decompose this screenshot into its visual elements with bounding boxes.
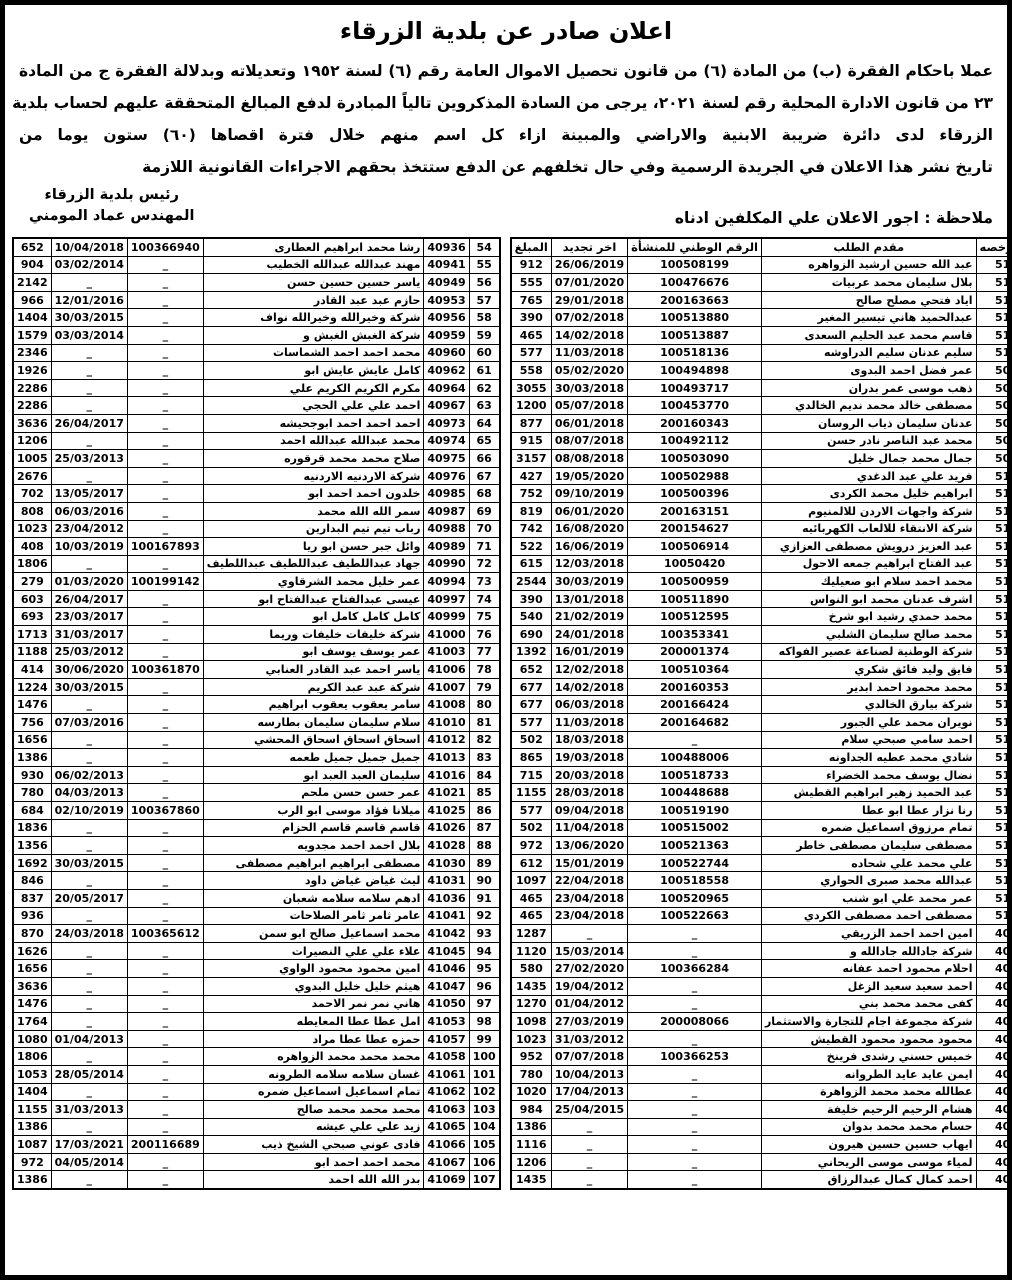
amount: 693 xyxy=(13,608,51,626)
applicant-name: قاسم محمد عبد الحليم السعدى xyxy=(761,326,976,344)
table-row: 5940959شركة الغبش الغبش و_03/03/20141579 xyxy=(13,326,500,344)
amount: 1023 xyxy=(13,520,51,538)
applicant-name: ايهاب حسين حسين هيرون xyxy=(761,1136,976,1154)
national-establishment-number: _ xyxy=(127,450,203,468)
table-row: 8741026قاسم قاسم قاسم الحزام__1836 xyxy=(13,819,500,837)
national-establishment-number: 100448688 xyxy=(628,784,762,802)
national-establishment-number: _ xyxy=(127,907,203,925)
table-row: 5440936رشا محمد ابراهيم العطارى100366940… xyxy=(13,238,500,256)
applicant-name: احلام محمود احمد عفانه xyxy=(761,960,976,978)
amount: 1386 xyxy=(511,1118,552,1136)
table-row: 3051714نضال يوسف محمد الخضراء10051873320… xyxy=(511,766,1012,784)
amount: 465 xyxy=(511,889,552,907)
national-establishment-number: 100511890 xyxy=(628,590,762,608)
national-establishment-number: _ xyxy=(127,326,203,344)
announcement-body-line-4: تاريخ نشر هذا الاعلان في الجريدة الرسمية… xyxy=(19,151,993,183)
amount: 408 xyxy=(13,538,51,556)
table-row: 8441016سليمان العبد العبد ابو_06/02/2013… xyxy=(13,766,500,784)
last-renewal-date: 08/08/2018 xyxy=(551,450,627,468)
applicant-name: عمر حسن حسن ملحم xyxy=(203,784,424,802)
row-number: 72 xyxy=(469,555,499,573)
table-row: 5840956شركة وخيرالله وخيرالله نواف_30/03… xyxy=(13,309,500,327)
applicant-name: شركة الغبش الغبش و xyxy=(203,326,424,344)
last-renewal-date: 17/04/2013 xyxy=(551,1083,627,1101)
table-row: 9541046امين محمود محمود الواوي__1656 xyxy=(13,960,500,978)
national-establishment-number: _ xyxy=(127,714,203,732)
applicant-name: ابراهيم خليل محمد الكردى xyxy=(761,485,976,503)
national-establishment-number: _ xyxy=(127,274,203,292)
last-renewal-date: 25/03/2013 xyxy=(51,450,127,468)
applicant-name: مصطفى ابراهيم ابراهيم مصطفى xyxy=(203,854,424,872)
national-establishment-number: _ xyxy=(127,590,203,608)
applicant-name: علاء علي علي النصيرات xyxy=(203,942,424,960)
table-row: 5340934احمد كمال كمال عبدالرزاق__1435 xyxy=(511,1171,1012,1189)
last-renewal-date: 12/01/2016 xyxy=(51,291,127,309)
national-establishment-number: _ xyxy=(127,1171,203,1189)
announcement-body-line-3: الزرقاء لدى دائرة ضريبة الابنية والاراضي… xyxy=(19,119,993,151)
national-establishment-number: 200001374 xyxy=(628,643,762,661)
license-number: 51236 xyxy=(976,256,1012,274)
row-number: 65 xyxy=(469,432,499,450)
announcement-header: اعلان صادر عن بلدية الزرقاء عملا باحكام … xyxy=(5,5,1007,227)
national-establishment-number: _ xyxy=(628,1083,762,1101)
last-renewal-date: 09/04/2018 xyxy=(551,802,627,820)
last-renewal-date: 19/05/2020 xyxy=(551,467,627,485)
license-number: 40973 xyxy=(424,414,469,432)
left-table-body: 5440936رشا محمد ابراهيم العطارى100366940… xyxy=(13,238,500,1189)
applicant-name: محمد احمد احمد ابو xyxy=(203,1153,424,1171)
amount: 1206 xyxy=(511,1153,552,1171)
row-number: 54 xyxy=(469,238,499,256)
amount: 837 xyxy=(13,889,51,907)
amount: 1435 xyxy=(511,1171,552,1189)
national-establishment-number: 200160353 xyxy=(628,678,762,696)
national-establishment-number: _ xyxy=(628,942,762,960)
amount: 3636 xyxy=(13,414,51,432)
national-establishment-number: 100366284 xyxy=(628,960,762,978)
table-row: 7140989وائل جبر حسن ابو ريا10016789310/0… xyxy=(13,538,500,556)
license-number: 51432 xyxy=(976,643,1012,661)
applicant-name: شركة خليفات خليفات وريما xyxy=(203,626,424,644)
table-row: 8941030مصطفى ابراهيم ابراهيم مصطفى_30/03… xyxy=(13,854,500,872)
national-establishment-number: _ xyxy=(127,256,203,274)
amount: 3055 xyxy=(511,379,552,397)
applicant-name: ادهم سلامه سلامه شعبان xyxy=(203,889,424,907)
applicant-name: حمزه عطا عطا مراد xyxy=(203,1030,424,1048)
license-number: 41061 xyxy=(424,1065,469,1083)
license-number: 41065 xyxy=(424,1118,469,1136)
license-number: 41028 xyxy=(424,837,469,855)
table-row: 3940873امين احمد احمد الزريقي__1287 xyxy=(511,925,1012,943)
last-renewal-date: _ xyxy=(51,344,127,362)
national-establishment-number: _ xyxy=(127,872,203,890)
table-row: 2451503فايق وليد فائق شكري10051036412/02… xyxy=(511,661,1012,679)
applicant-name: محمد محمود احمد ابدير xyxy=(761,678,976,696)
applicant-name: بلال احمد احمد مجدويه xyxy=(203,837,424,855)
national-establishment-number: _ xyxy=(628,1153,762,1171)
applicant-name: محمد اسماعيل صالح ابو سمن xyxy=(203,925,424,943)
license-number: 51962 xyxy=(976,889,1012,907)
last-renewal-date: 30/03/2015 xyxy=(51,678,127,696)
license-number: 40988 xyxy=(424,520,469,538)
table-row: 10741069بدر الله الله احمد__1386 xyxy=(13,1171,500,1189)
amount: 912 xyxy=(511,256,552,274)
national-establishment-number: _ xyxy=(127,467,203,485)
row-number: 67 xyxy=(469,467,499,485)
license-number: 40921 xyxy=(976,1136,1012,1154)
applicant-name: محمد صالح سليمان الشلبي xyxy=(761,626,976,644)
license-number: 51949 xyxy=(976,872,1012,890)
table-row: 6240964مكرم الكريم الكريم علي__2286 xyxy=(13,379,500,397)
national-establishment-number: 100518558 xyxy=(628,872,762,890)
applicant-name: عطالله محمد محمد الزواهرة xyxy=(761,1083,976,1101)
applicant-name: تمام مرزوق اسماعيل ضمره xyxy=(761,819,976,837)
amount: 603 xyxy=(13,590,51,608)
last-renewal-date: _ xyxy=(51,696,127,714)
last-renewal-date: 18/03/2018 xyxy=(551,731,627,749)
national-establishment-number: 200164682 xyxy=(628,714,762,732)
national-establishment-number: _ xyxy=(127,1013,203,1031)
license-number: 50300 xyxy=(976,362,1012,380)
last-renewal-date: _ xyxy=(51,977,127,995)
amount: 877 xyxy=(511,414,552,432)
applicant-name: احمد سعيد سعيد الزغل xyxy=(761,977,976,995)
national-establishment-number: 100518733 xyxy=(628,766,762,784)
national-establishment-number: 100506914 xyxy=(628,538,762,556)
license-number: 41066 xyxy=(424,1136,469,1154)
table-row: 3551938علي محمد علي شحاده10052274415/01/… xyxy=(511,854,1012,872)
row-number: 55 xyxy=(469,256,499,274)
amount: 615 xyxy=(511,555,552,573)
license-number: 40917 xyxy=(976,1083,1012,1101)
table-row: 6740976شركة الاردنيه الاردنيه__2676 xyxy=(13,467,500,485)
last-renewal-date: 21/02/2019 xyxy=(551,608,627,626)
amount: 390 xyxy=(511,590,552,608)
applicant-name: محمد حمدي رشيد ابو شرخ xyxy=(761,608,976,626)
applicant-name: محمد محمد محمد الزواهره xyxy=(203,1048,424,1066)
applicant-name: احمد علي علي الحجي xyxy=(203,397,424,415)
license-number: 51602 xyxy=(976,696,1012,714)
announcement-body-line-1: عملا باحكام الفقرة (ب) من المادة (٦) من … xyxy=(19,55,993,87)
license-number: 40994 xyxy=(424,573,469,591)
header-row: الرقم رقم الرخصه مقدم الطلب الرقم الوطني… xyxy=(511,238,1012,256)
row-number: 68 xyxy=(469,485,499,503)
license-number: 51752 xyxy=(976,784,1012,802)
amount: 765 xyxy=(511,291,552,309)
amount: 612 xyxy=(511,854,552,872)
table-row: 2151390محمد حمدي رشيد ابو شرخ10051259521… xyxy=(511,608,1012,626)
national-establishment-number: _ xyxy=(628,995,762,1013)
license-number: 50317 xyxy=(976,379,1012,397)
amount: 756 xyxy=(13,714,51,732)
amount: 652 xyxy=(13,238,51,256)
last-renewal-date: _ xyxy=(551,1153,627,1171)
national-establishment-number: _ xyxy=(127,837,203,855)
amount: 936 xyxy=(13,907,51,925)
amount: 1626 xyxy=(13,942,51,960)
table-row: 3151752عبد الحميد زهير ابراهيم القطيش100… xyxy=(511,784,1012,802)
amount: 684 xyxy=(13,802,51,820)
row-number: 87 xyxy=(469,819,499,837)
last-renewal-date: 06/01/2018 xyxy=(551,414,627,432)
applicant-name: احمد سامي صبحي سلام xyxy=(761,731,976,749)
national-establishment-number: 100493717 xyxy=(628,379,762,397)
applicant-name: محمد احمد احمد الشماسات xyxy=(203,344,424,362)
amount: 577 xyxy=(511,344,552,362)
amount: 702 xyxy=(13,485,51,503)
table-row: 7941007شركة عبد عبد الكريم_30/03/2015122… xyxy=(13,678,500,696)
last-renewal-date: _ xyxy=(51,837,127,855)
national-establishment-number: 100508199 xyxy=(628,256,762,274)
last-renewal-date: 25/03/2012 xyxy=(51,643,127,661)
left-table: 5440936رشا محمد ابراهيم العطارى100366940… xyxy=(12,237,501,1190)
applicant-name: ايمن عايد عايد الطروانه xyxy=(761,1065,976,1083)
national-establishment-number: _ xyxy=(127,942,203,960)
amount: 1404 xyxy=(13,1083,51,1101)
national-establishment-number: 100519190 xyxy=(628,802,762,820)
amount: 580 xyxy=(511,960,552,978)
last-renewal-date: 30/03/2015 xyxy=(51,854,127,872)
last-renewal-date: 08/07/2018 xyxy=(551,432,627,450)
amount: 2544 xyxy=(511,573,552,591)
amount: 427 xyxy=(511,467,552,485)
license-number: 41026 xyxy=(424,819,469,837)
applicant-name: ياسر حسين حسين حسن xyxy=(203,274,424,292)
table-row: 4640893خميس حسني رشدى فرينخ10036625307/0… xyxy=(511,1048,1012,1066)
license-number: 41003 xyxy=(424,643,469,661)
last-renewal-date: 19/04/2012 xyxy=(551,977,627,995)
national-establishment-number: _ xyxy=(628,1118,762,1136)
row-number: 83 xyxy=(469,749,499,767)
table-row: 3251854رنا نزار عطا ابو عطا10051919009/0… xyxy=(511,802,1012,820)
applicant-name: حسام محمد محمد بدوان xyxy=(761,1118,976,1136)
national-establishment-number: _ xyxy=(127,960,203,978)
applicant-name: عمر فضل احمد البدوى xyxy=(761,362,976,380)
amount: 972 xyxy=(13,1153,51,1171)
national-establishment-number: _ xyxy=(628,1030,762,1048)
table-row: 2651602شركة بيارق الخالدي20016642406/03/… xyxy=(511,696,1012,714)
last-renewal-date: 07/02/2018 xyxy=(551,309,627,327)
last-renewal-date: 06/03/2018 xyxy=(551,696,627,714)
national-establishment-number: 100500959 xyxy=(628,573,762,591)
amount: 390 xyxy=(511,309,552,327)
last-renewal-date: 01/04/2012 xyxy=(551,995,627,1013)
national-establishment-number: 100488006 xyxy=(628,749,762,767)
license-number: 41030 xyxy=(424,854,469,872)
national-establishment-number: 200154627 xyxy=(628,520,762,538)
national-establishment-number: _ xyxy=(127,889,203,907)
row-number: 107 xyxy=(469,1171,499,1189)
applicant-name: تمام اسماعيل اسماعيل ضمره xyxy=(203,1083,424,1101)
amount: 1053 xyxy=(13,1065,51,1083)
national-establishment-number: _ xyxy=(127,520,203,538)
table-row: 10341063محمد محمد محمد صالح_31/03/201311… xyxy=(13,1101,500,1119)
applicant-name: فادى عوني صبحي الشيخ ذيب xyxy=(203,1136,424,1154)
license-number: 40874 xyxy=(976,942,1012,960)
license-number: 40953 xyxy=(424,291,469,309)
last-renewal-date: 23/04/2012 xyxy=(51,520,127,538)
row-number: 63 xyxy=(469,397,499,415)
national-establishment-number: 100199142 xyxy=(127,573,203,591)
national-establishment-number: 100361870 xyxy=(127,661,203,679)
col-header-amount: المبلغ xyxy=(511,238,552,256)
amount: 2676 xyxy=(13,467,51,485)
license-number: 51390 xyxy=(976,608,1012,626)
row-number: 71 xyxy=(469,538,499,556)
license-number: 40887 xyxy=(976,1013,1012,1031)
amount: 1270 xyxy=(511,995,552,1013)
last-renewal-date: _ xyxy=(51,397,127,415)
license-number: 51337 xyxy=(976,573,1012,591)
national-establishment-number: _ xyxy=(127,766,203,784)
license-number: 40880 xyxy=(976,977,1012,995)
amount: 540 xyxy=(511,608,552,626)
license-number: 40967 xyxy=(424,397,469,415)
table-row: 1651124شركة الانتقاء للالعاب الكهربائيه2… xyxy=(511,520,1012,538)
signature-block: رئيس بلدية الزرقاء المهندس عماد المومني xyxy=(29,185,194,227)
table-row: 651633سليم عدنان سليم الدراوشه1005181361… xyxy=(511,344,1012,362)
right-table: الرقم رقم الرخصه مقدم الطلب الرقم الوطني… xyxy=(510,237,1012,1190)
license-number: 51633 xyxy=(976,344,1012,362)
amount: 1404 xyxy=(13,309,51,327)
applicant-name: عبدالحميد هاني تيسير المغير xyxy=(761,309,976,327)
row-number: 73 xyxy=(469,573,499,591)
license-number: 51478 xyxy=(976,309,1012,327)
applicant-name: امين احمد احمد الزريقي xyxy=(761,925,976,943)
applicant-name: مصطفى سليمان مصطفى خاطر xyxy=(761,837,976,855)
table-row: 7040988رباب تيم تيم البدارين_23/04/20121… xyxy=(13,520,500,538)
amount: 984 xyxy=(511,1101,552,1119)
last-renewal-date: 07/03/2016 xyxy=(51,714,127,732)
national-establishment-number: 100503090 xyxy=(628,450,762,468)
last-renewal-date: 12/03/2018 xyxy=(551,555,627,573)
tables-area: 5440936رشا محمد ابراهيم العطارى100366940… xyxy=(5,227,1007,1190)
license-number: 51417 xyxy=(976,274,1012,292)
applicant-name: قاسم قاسم قاسم الحزام xyxy=(203,819,424,837)
national-establishment-number: 100366253 xyxy=(628,1048,762,1066)
row-number: 95 xyxy=(469,960,499,978)
table-row: 1451009ابراهيم خليل محمد الكردى100500396… xyxy=(511,485,1012,503)
last-renewal-date: 30/03/2019 xyxy=(551,573,627,591)
applicant-name: عمر خليل محمد الشرقاوي xyxy=(203,573,424,591)
license-number: 40990 xyxy=(424,555,469,573)
last-renewal-date: 25/04/2015 xyxy=(551,1101,627,1119)
amount: 742 xyxy=(511,520,552,538)
amount: 1435 xyxy=(511,977,552,995)
amount: 952 xyxy=(511,1048,552,1066)
national-establishment-number: 100522663 xyxy=(628,907,762,925)
applicant-name: محمود محمود محمود القطيش xyxy=(761,1030,976,1048)
applicant-name: محمد عبدالله عبدالله احمد xyxy=(203,432,424,450)
last-renewal-date: _ xyxy=(51,555,127,573)
table-row: 6640975صلاح محمد محمد قرقوره_25/03/20131… xyxy=(13,450,500,468)
right-table-body: 151236عبد الله حسين ارشيد الزواهره100508… xyxy=(511,256,1012,1189)
table-row: 8041008سامر يعقوب يعقوب ابراهيم__1476 xyxy=(13,696,500,714)
row-number: 81 xyxy=(469,714,499,732)
table-row: 4840917عطالله محمد محمد الزواهرة_17/04/2… xyxy=(511,1083,1012,1101)
license-number: 40987 xyxy=(424,502,469,520)
applicant-name: مهند عبدالله عبدالله الخطيب xyxy=(203,256,424,274)
table-row: 1951337محمد احمد سلام ابو صعيليك10050095… xyxy=(511,573,1012,591)
table-row: 351444اياد فتحي مصلح صالح20016366329/01/… xyxy=(511,291,1012,309)
last-renewal-date: 15/01/2019 xyxy=(551,854,627,872)
national-establishment-number: 100367860 xyxy=(127,802,203,820)
table-row: 8341013جميل جميل جميل طعمه__1386 xyxy=(13,749,500,767)
row-number: 106 xyxy=(469,1153,499,1171)
applicant-name: شركة واجهات الاردن للالمنيوم xyxy=(761,502,976,520)
license-number: 41013 xyxy=(424,749,469,767)
table-row: 6440973احمد احمد احمد ابوجحيشه_26/04/201… xyxy=(13,414,500,432)
last-renewal-date: 10/03/2019 xyxy=(51,538,127,556)
national-establishment-number: 100502988 xyxy=(628,467,762,485)
table-row: 6840985خلدون احمد احمد ابو_13/05/2017702 xyxy=(13,485,500,503)
license-number: 40964 xyxy=(424,379,469,397)
last-renewal-date: 24/03/2018 xyxy=(51,925,127,943)
national-establishment-number: _ xyxy=(127,749,203,767)
row-number: 91 xyxy=(469,889,499,907)
amount: 558 xyxy=(511,362,552,380)
table-row: 7240990جهاد عبداللطيف عبداللطيف عبداللطي… xyxy=(13,555,500,573)
right-table-head: الرقم رقم الرخصه مقدم الطلب الرقم الوطني… xyxy=(511,238,1012,256)
table-row: 9841053امل عطا عطا المعايطه__1764 xyxy=(13,1013,500,1031)
amount: 1224 xyxy=(13,678,51,696)
license-number: 41047 xyxy=(424,977,469,995)
amount: 972 xyxy=(511,837,552,855)
last-renewal-date: _ xyxy=(51,907,127,925)
amount: 1692 xyxy=(13,854,51,872)
national-establishment-number: 200008066 xyxy=(628,1013,762,1031)
row-number: 64 xyxy=(469,414,499,432)
table-row: 9241041عامر ثامر ثامر الصلاحات__936 xyxy=(13,907,500,925)
national-establishment-number: 100513887 xyxy=(628,326,762,344)
license-number: 50739 xyxy=(976,414,1012,432)
table-row: 8241012اسحاق اسحاق اسحاق المحشي__1656 xyxy=(13,731,500,749)
applicant-name: غسان سلامه سلامه الطرونه xyxy=(203,1065,424,1083)
amount: 1200 xyxy=(511,397,552,415)
applicant-name: شركة الانتقاء للالعاب الكهربائيه xyxy=(761,520,976,538)
amount: 930 xyxy=(13,766,51,784)
row-number: 56 xyxy=(469,274,499,292)
license-number: 40975 xyxy=(424,450,469,468)
last-renewal-date: _ xyxy=(551,1118,627,1136)
amount: 279 xyxy=(13,573,51,591)
national-establishment-number: _ xyxy=(127,696,203,714)
applicant-name: جهاد عبداللطيف عبداللطيف عبداللطيف xyxy=(203,555,424,573)
national-establishment-number: _ xyxy=(628,731,762,749)
amount: 3636 xyxy=(13,977,51,995)
license-number: 51005 xyxy=(976,467,1012,485)
amount: 3157 xyxy=(511,450,552,468)
row-number: 74 xyxy=(469,590,499,608)
last-renewal-date: _ xyxy=(51,1171,127,1189)
applicant-name: شادي محمد عطيه الجداونه xyxy=(761,749,976,767)
last-renewal-date: 26/04/2017 xyxy=(51,414,127,432)
table-row: 6340967احمد علي علي الحجي__2286 xyxy=(13,397,500,415)
amount: 1098 xyxy=(511,1013,552,1031)
license-number: 51938 xyxy=(976,854,1012,872)
national-establishment-number: 100365612 xyxy=(127,925,203,943)
applicant-name: نويران محمد علي الجبور xyxy=(761,714,976,732)
applicant-name: عمر يوسف يوسف ابو xyxy=(203,643,424,661)
applicant-name: مكرم الكريم الكريم علي xyxy=(203,379,424,397)
applicant-name: كامل كامل كامل ابو xyxy=(203,608,424,626)
national-establishment-number: 100500396 xyxy=(628,485,762,503)
table-row: 2251426محمد صالح سليمان الشلبي1003533412… xyxy=(511,626,1012,644)
last-renewal-date: 06/01/2020 xyxy=(551,502,627,520)
license-number: 41041 xyxy=(424,907,469,925)
national-establishment-number: _ xyxy=(127,784,203,802)
amount: 780 xyxy=(13,784,51,802)
